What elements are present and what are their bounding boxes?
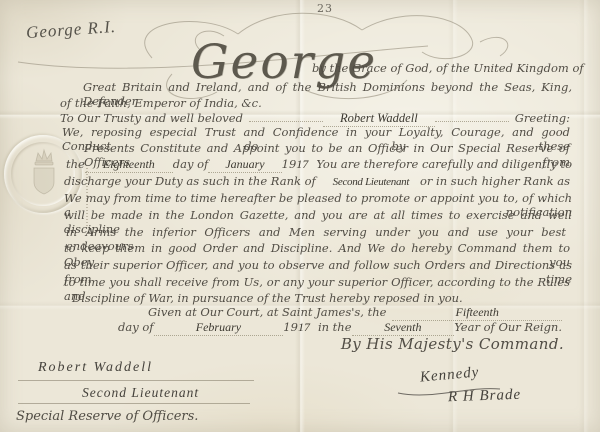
dateline-given: Given at Our Court, at Saint James's, th…: [148, 305, 562, 321]
salutation-greeting: Greeting:: [515, 111, 570, 125]
commission-year: 17: [296, 157, 308, 172]
regnal-year: Seventh: [352, 320, 455, 336]
printed-text: You are therefore carefully and diligent…: [316, 157, 572, 171]
printed-text: discharge your Duty as such in the Rank …: [64, 174, 316, 188]
body-line-3: the Eighteenth day of January 19 17 You …: [66, 157, 572, 173]
signing-month: February: [154, 320, 284, 336]
entry-rule: [18, 403, 250, 404]
signing-year: 17: [298, 320, 310, 335]
commission-month: January: [208, 157, 281, 173]
signing-day-word: Fifteenth: [392, 305, 562, 321]
body-line-11: Discipline of War, in pursuance of the T…: [72, 291, 463, 305]
printed-text: 19: [283, 320, 298, 334]
dotted-rule: [249, 110, 323, 122]
grantee-unit: Special Reserve of Officers.: [16, 409, 198, 424]
body-line-4: discharge your Duty as such in the Rank …: [64, 174, 570, 188]
printed-text: day of: [118, 320, 154, 334]
commission-day-word: Eighteenth: [85, 157, 173, 173]
dotted-rule: [435, 110, 509, 122]
grantee-rank: Second Lieutenant: [82, 385, 199, 401]
signature-second: R H Brade: [448, 387, 522, 407]
dateline-day: day of February 19 17 in the Seventh Yea…: [118, 320, 562, 336]
page-number: 23: [317, 2, 333, 15]
heading-grace-line: by the Grace of God, of the United Kingd…: [312, 61, 572, 75]
entry-rule: [18, 380, 254, 381]
printed-text: or in such higher Rank as: [420, 174, 570, 188]
printed-text: the: [66, 157, 85, 171]
printed-text: Year of Our Reign.: [454, 320, 562, 334]
rank-entry: Second Lieutenant: [322, 176, 420, 188]
printed-text: 19: [282, 157, 297, 171]
salutation-lead: To Our Trusty and well beloved: [60, 111, 243, 125]
printed-text: day of: [173, 157, 209, 171]
command-line: By His Majesty's Command.: [341, 335, 564, 353]
commission-document: 23 George R.I. George by the Grace of Go…: [0, 0, 600, 432]
printed-text: Given at Our Court, at Saint James's, th…: [148, 305, 386, 319]
grantee-name: Robert Waddell: [38, 360, 153, 376]
heading-line3: of the Faith, Emperor of India, &c.: [60, 96, 262, 110]
signature-first: Kennedy: [419, 364, 480, 386]
printed-text: in the: [318, 320, 352, 334]
royal-signature: George R.I.: [25, 17, 116, 43]
